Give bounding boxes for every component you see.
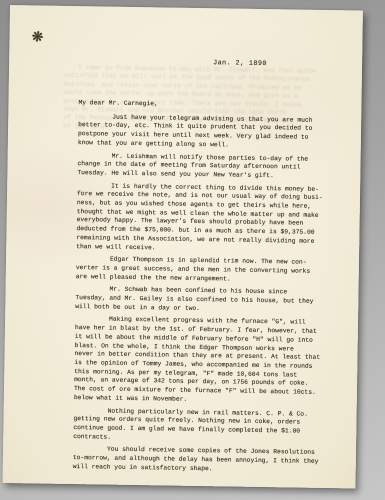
asterisk-mark-icon: ❋: [30, 29, 44, 47]
letter-paragraph: Making excellent progress with the furna…: [74, 316, 333, 407]
letter-paragraph: Nothing particularly new in rail matters…: [73, 407, 332, 446]
letter-paragraph: You should receive some copies of the Jo…: [73, 445, 331, 475]
letter-paragraph: Mr. Schwab has been confined to his hous…: [75, 285, 333, 315]
letter-paragraph: Mr. Leishman will notify those parties t…: [77, 152, 335, 182]
letter-paragraph: Edgar Thompson is in splendid trim now. …: [76, 255, 334, 285]
letter-paragraph: Just have your telegram advising us that…: [78, 113, 337, 152]
photo-background: ❋ I came in from Duquesne to-day with Mr…: [0, 0, 385, 500]
letter-paragraph: It is hardly the correct thing to divide…: [76, 182, 335, 256]
letter-page: ❋ I came in from Duquesne to-day with Mr…: [2, 5, 362, 488]
letter-body: My dear Mr. Carnegie, Just have your tel…: [73, 99, 337, 479]
letter-date: Jan. 2, 1890: [213, 59, 267, 68]
